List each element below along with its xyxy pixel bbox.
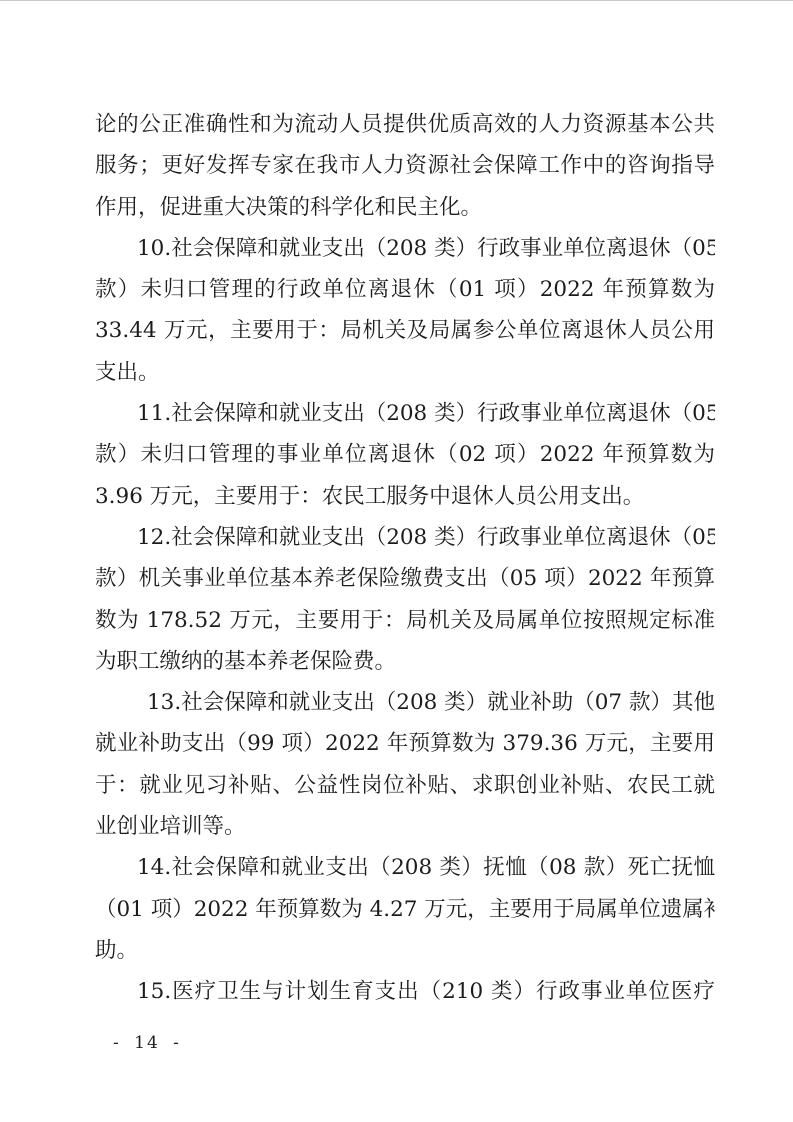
page-number: - 14 - bbox=[113, 1033, 181, 1053]
text-line: 助。 bbox=[95, 930, 715, 971]
paragraph-continuation-from-previous-page: 论的公正准确性和为流动人员提供优质高效的人力资源基本公共服务；更好发挥专家在我市… bbox=[95, 104, 715, 228]
text-line: 论的公正准确性和为流动人员提供优质高效的人力资源基本公共 bbox=[95, 104, 715, 145]
paragraph-item-13: 13.社会保障和就业支出（208 类）就业补助（07 款）其他就业补助支出（99… bbox=[95, 682, 715, 847]
text-line: 款）未归口管理的行政单位离退休（01 项）2022 年预算数为 bbox=[95, 269, 715, 310]
text-line: 于：就业见习补贴、公益性岗位补贴、求职创业补贴、农民工就 bbox=[95, 765, 715, 806]
text-line: 为职工缴纳的基本养老保险费。 bbox=[95, 641, 715, 682]
paragraph-item-12: 12.社会保障和就业支出（208 类）行政事业单位离退休（05款）机关事业单位基… bbox=[95, 517, 715, 682]
paragraph-item-10: 10.社会保障和就业支出（208 类）行政事业单位离退休（05款）未归口管理的行… bbox=[95, 228, 715, 393]
text-line: 3.96 万元，主要用于：农民工服务中退休人员公用支出。 bbox=[95, 476, 715, 517]
text-line: 14.社会保障和就业支出（208 类）抚恤（08 款）死亡抚恤 bbox=[95, 847, 715, 888]
text-line: 作用，促进重大决策的科学化和民主化。 bbox=[95, 187, 715, 228]
paragraph-item-11: 11.社会保障和就业支出（208 类）行政事业单位离退休（05款）未归口管理的事… bbox=[95, 393, 715, 517]
text-line: 支出。 bbox=[95, 352, 715, 393]
document-body: 论的公正准确性和为流动人员提供优质高效的人力资源基本公共服务；更好发挥专家在我市… bbox=[95, 104, 715, 1013]
text-line: 款）未归口管理的事业单位离退休（02 项）2022 年预算数为 bbox=[95, 434, 715, 475]
scan-top-edge bbox=[0, 0, 793, 1]
text-line: 就业补助支出（99 项）2022 年预算数为 379.36 万元，主要用 bbox=[95, 723, 715, 764]
text-line: 款）机关事业单位基本养老保险缴费支出（05 项）2022 年预算 bbox=[95, 558, 715, 599]
paragraph-item-14: 14.社会保障和就业支出（208 类）抚恤（08 款）死亡抚恤（01 项）202… bbox=[95, 847, 715, 971]
text-line: 33.44 万元，主要用于：局机关及局属参公单位离退休人员公用 bbox=[95, 310, 715, 351]
text-line: 11.社会保障和就业支出（208 类）行政事业单位离退休（05 bbox=[95, 393, 715, 434]
text-line: 业创业培训等。 bbox=[95, 806, 715, 847]
document-page: 论的公正准确性和为流动人员提供优质高效的人力资源基本公共服务；更好发挥专家在我市… bbox=[0, 0, 793, 1122]
text-line: （01 项）2022 年预算数为 4.27 万元，主要用于局属单位遗属补 bbox=[95, 889, 715, 930]
paragraph-item-15: 15.医疗卫生与计划生育支出（210 类）行政事业单位医疗 bbox=[95, 971, 715, 1012]
text-line: 服务；更好发挥专家在我市人力资源社会保障工作中的咨询指导 bbox=[95, 145, 715, 186]
text-line: 12.社会保障和就业支出（208 类）行政事业单位离退休（05 bbox=[95, 517, 715, 558]
text-line: 15.医疗卫生与计划生育支出（210 类）行政事业单位医疗 bbox=[95, 971, 715, 1012]
text-line: 10.社会保障和就业支出（208 类）行政事业单位离退休（05 bbox=[95, 228, 715, 269]
text-line: 13.社会保障和就业支出（208 类）就业补助（07 款）其他 bbox=[95, 682, 715, 723]
text-line: 数为 178.52 万元，主要用于：局机关及局属单位按照规定标准 bbox=[95, 600, 715, 641]
